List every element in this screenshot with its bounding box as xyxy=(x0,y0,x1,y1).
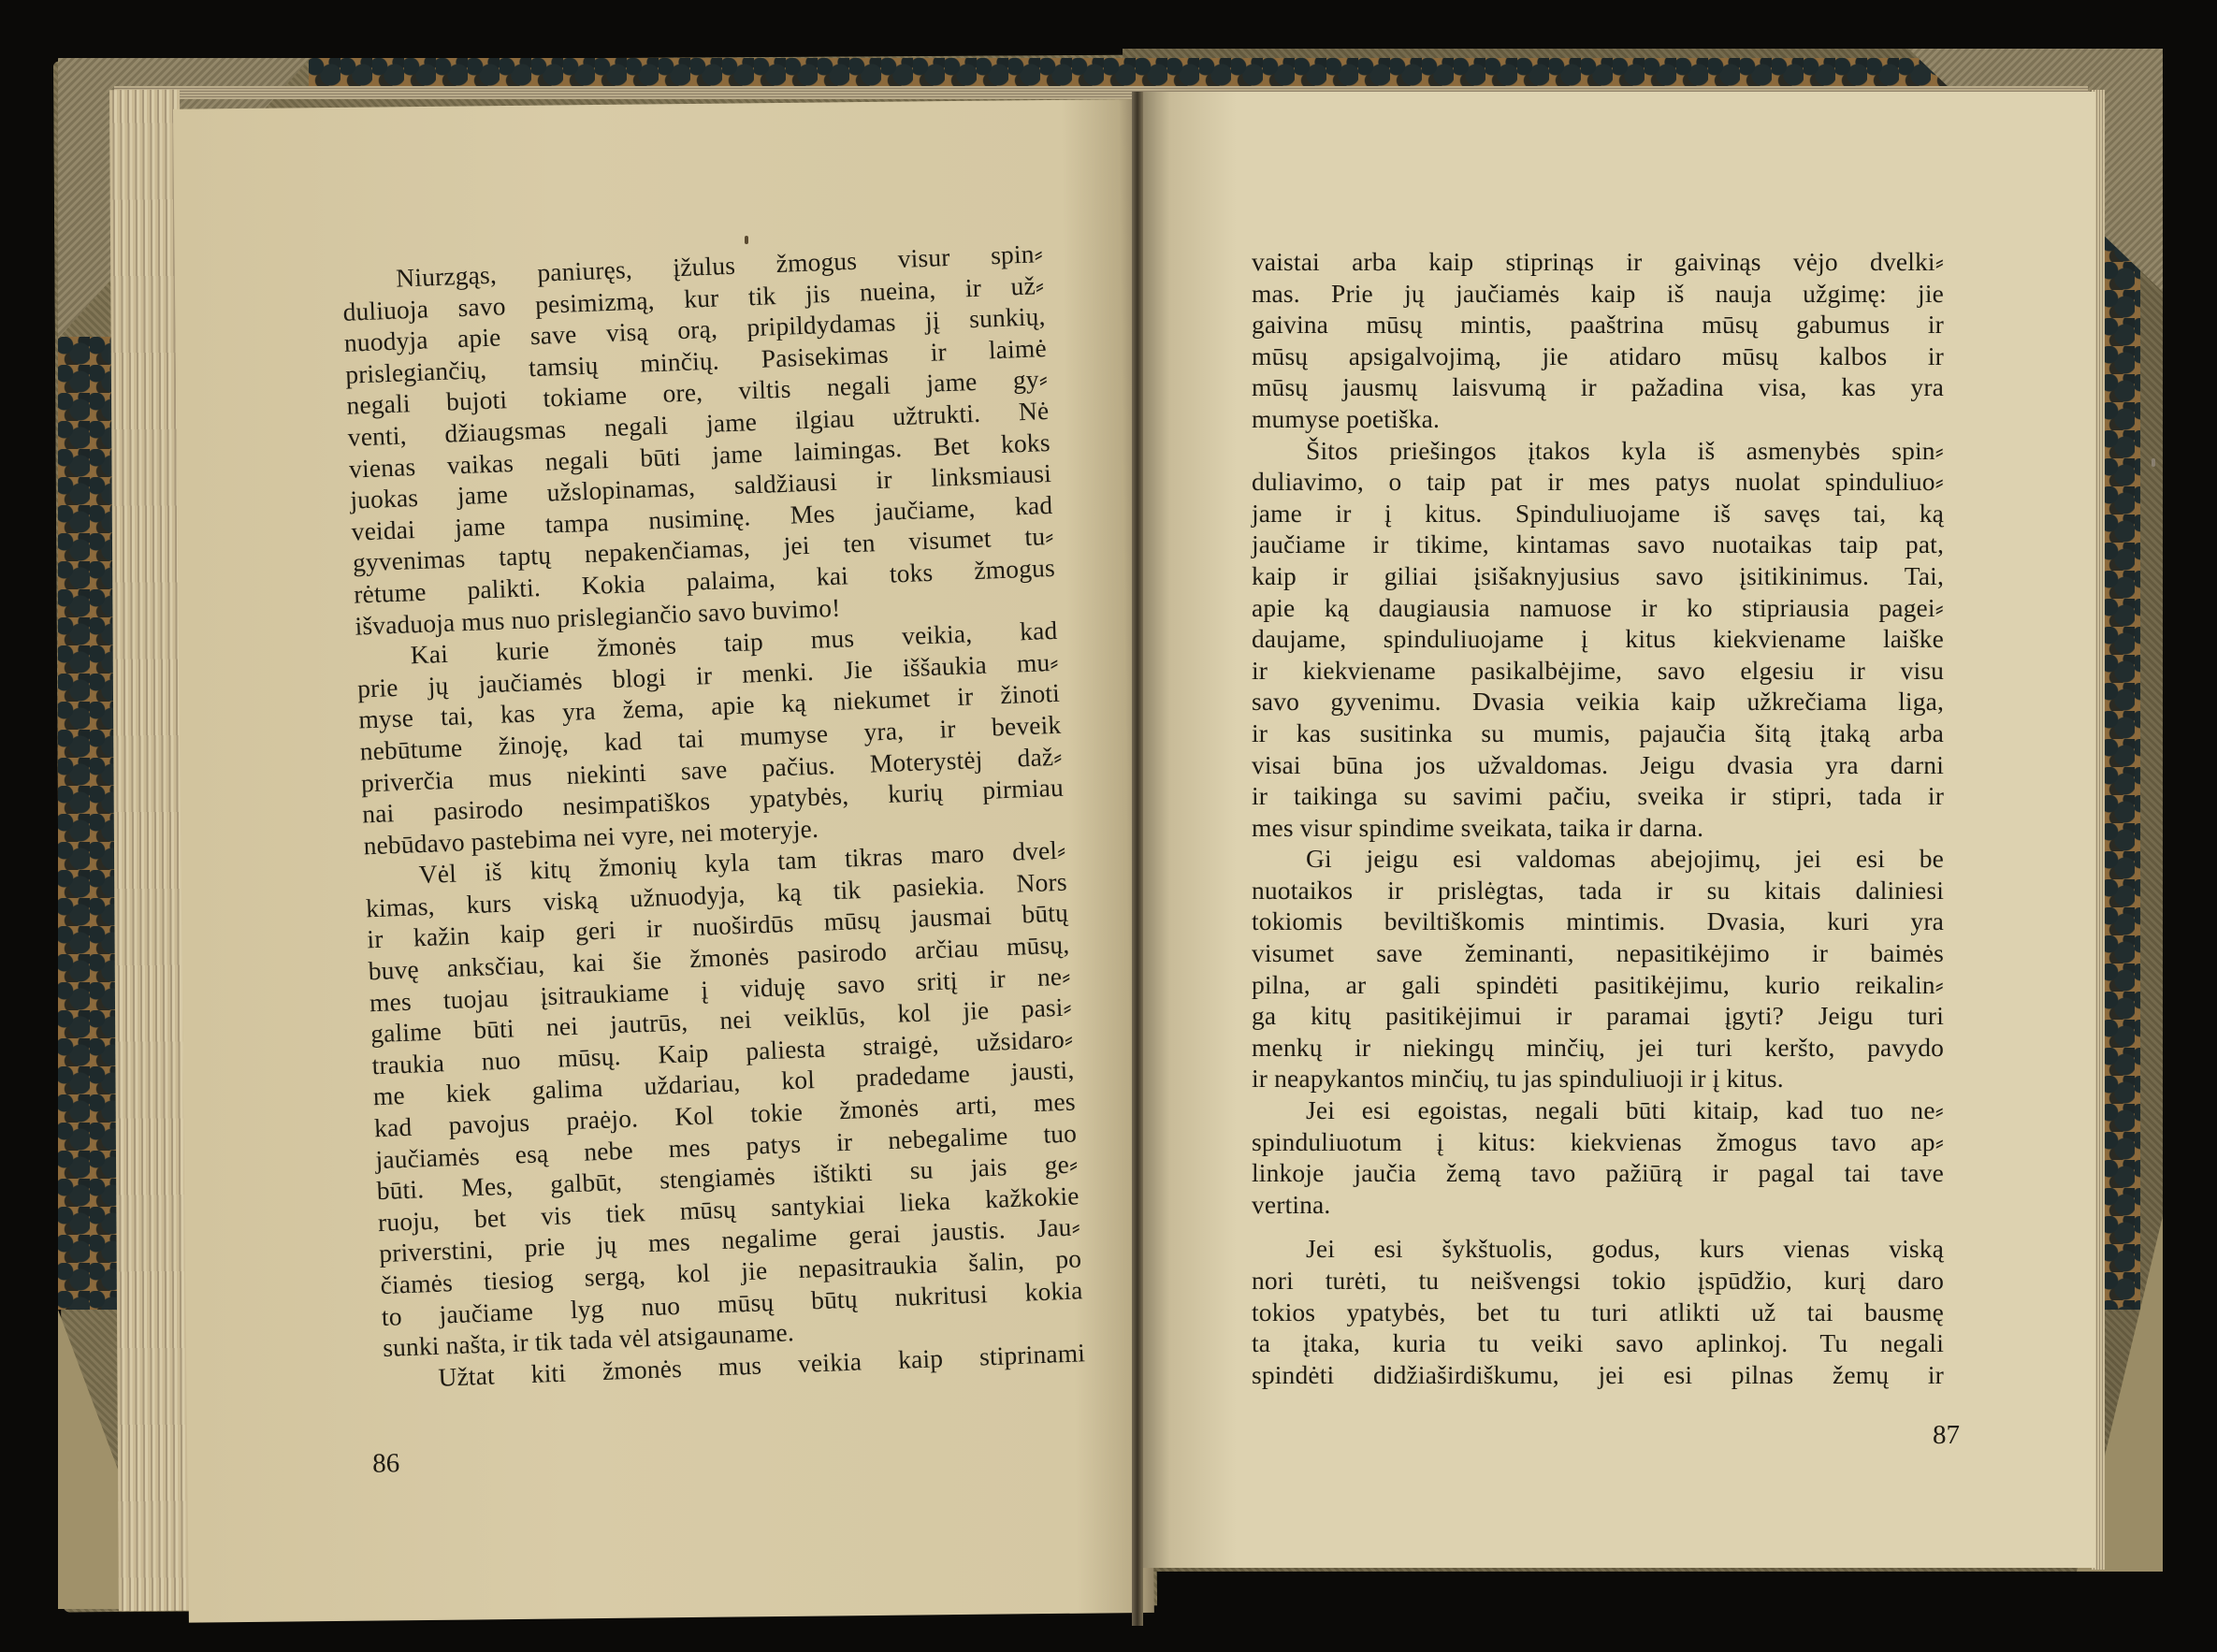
text-line: mūsų apsigalvojimą, jie atidaro mūsų kal… xyxy=(1252,341,1944,372)
text-line: nori turėti, tu neišvengsi tokio įspūdži… xyxy=(1252,1265,1944,1297)
marbled-board-left xyxy=(58,337,120,1310)
text-line: menkų ir niekingų minčių, jei turi keršt… xyxy=(1252,1032,1944,1064)
text-line: Jei esi šykštuolis, godus, kurs vienas v… xyxy=(1252,1233,1944,1265)
text-line: spinduliuotum į kitus: kiekvienas žmogus… xyxy=(1252,1126,1944,1158)
open-book: Niurzgąs, paniuręs, įžulus žmogus visur … xyxy=(0,0,2217,1652)
dust-speck xyxy=(2152,458,2155,467)
marbled-board-right xyxy=(2103,234,2140,1310)
text-line: tokiomis beviltiškomis mintimis. Dvasia,… xyxy=(1252,906,1944,937)
text-line: visai būna jos užvaldomas. Jeigu dvasia … xyxy=(1252,749,1944,781)
text-line: ta įtaka, kuria tu veiki savo aplinkoj. … xyxy=(1252,1327,1944,1359)
text-line: vaistai arba kaip stiprinąs ir gaivinąs … xyxy=(1252,246,1944,278)
left-page-number: 86 xyxy=(372,1448,400,1480)
text-line: duliavimo, o taip pat ir mes patys nuola… xyxy=(1252,466,1944,498)
text-line: ir neapykantos minčių, tu jas spinduliuo… xyxy=(1252,1063,1944,1094)
text-line: mes visur spindime sveikata, taika ir da… xyxy=(1252,812,1944,844)
left-page-text: Niurzgąs, paniuręs, įžulus žmogus visur … xyxy=(341,238,1086,1395)
text-line: Gi jeigu esi valdomas abejojimų, jei esi… xyxy=(1252,843,1944,875)
text-line: jaučiame ir tikime, kintamas savo nuotai… xyxy=(1252,529,1944,560)
text-line: visumet save žeminanti, nepasitikėjimo i… xyxy=(1252,937,1944,969)
text-line: ir taikinga su savimi pačiu, sveika ir s… xyxy=(1252,780,1944,812)
right-page-number: 87 xyxy=(1933,1420,1960,1451)
text-line: kaip ir giliai įsišaknyjusius savo įsiti… xyxy=(1252,560,1944,592)
text-line: Jei esi egoistas, negali būti kitaip, ka… xyxy=(1252,1094,1944,1126)
book-gutter xyxy=(1132,92,1143,1626)
text-line: nuotaikos ir prislėgtas, tada ir su kita… xyxy=(1252,875,1944,906)
text-line: savo gyvenimu. Dvasia veikia kaip užkreč… xyxy=(1252,686,1944,717)
text-line: linkoje jaučia žemą tavo pažiūrą ir paga… xyxy=(1252,1157,1944,1189)
text-line: mas. Prie jų jaučiamės kaip iš nauja užg… xyxy=(1252,278,1944,310)
text-line: tokios ypatybės, bet tu turi atlikti už … xyxy=(1252,1297,1944,1328)
text-line: ga kitų pasitikėjimui ir paramai įgyti? … xyxy=(1252,1000,1944,1032)
ink-speck xyxy=(745,236,748,244)
text-line: Šitos priešingos įtakos kyla iš asmenybė… xyxy=(1252,435,1944,467)
text-line: ir kas susitinka su mumis, pajaučia šitą… xyxy=(1252,717,1944,749)
text-line: jame ir į kitus. Spinduliuojame iš savęs… xyxy=(1252,498,1944,529)
text-line: pilna, ar gali spindėti pasitikėjimu, ku… xyxy=(1252,969,1944,1001)
left-page: Niurzgąs, paniuręs, įžulus žmogus visur … xyxy=(173,99,1154,1623)
text-line: mumyse poetiška. xyxy=(1252,403,1944,435)
text-line: gaivina mūsų mintis, paaštrina mūsų gabu… xyxy=(1252,309,1944,341)
text-line: ir kiekviename pasikalbėjime, savo elges… xyxy=(1252,655,1944,687)
text-line: vertina. xyxy=(1252,1189,1944,1221)
right-page-text: vaistai arba kaip stiprinąs ir gaivinąs … xyxy=(1252,246,1944,1390)
text-line: mūsų jausmų laisvumą ir pažadina visa, k… xyxy=(1252,371,1944,403)
text-line: daujame, spinduliuojame į kitus kiekvien… xyxy=(1252,623,1944,655)
text-line: apie ką daugiausia namuose ir ko stipria… xyxy=(1252,592,1944,624)
text-line: spindėti didžiaširdiškumu, jei esi pilna… xyxy=(1252,1359,1944,1391)
right-page: vaistai arba kaip stiprinąs ir gaivinąs … xyxy=(1141,92,2095,1568)
